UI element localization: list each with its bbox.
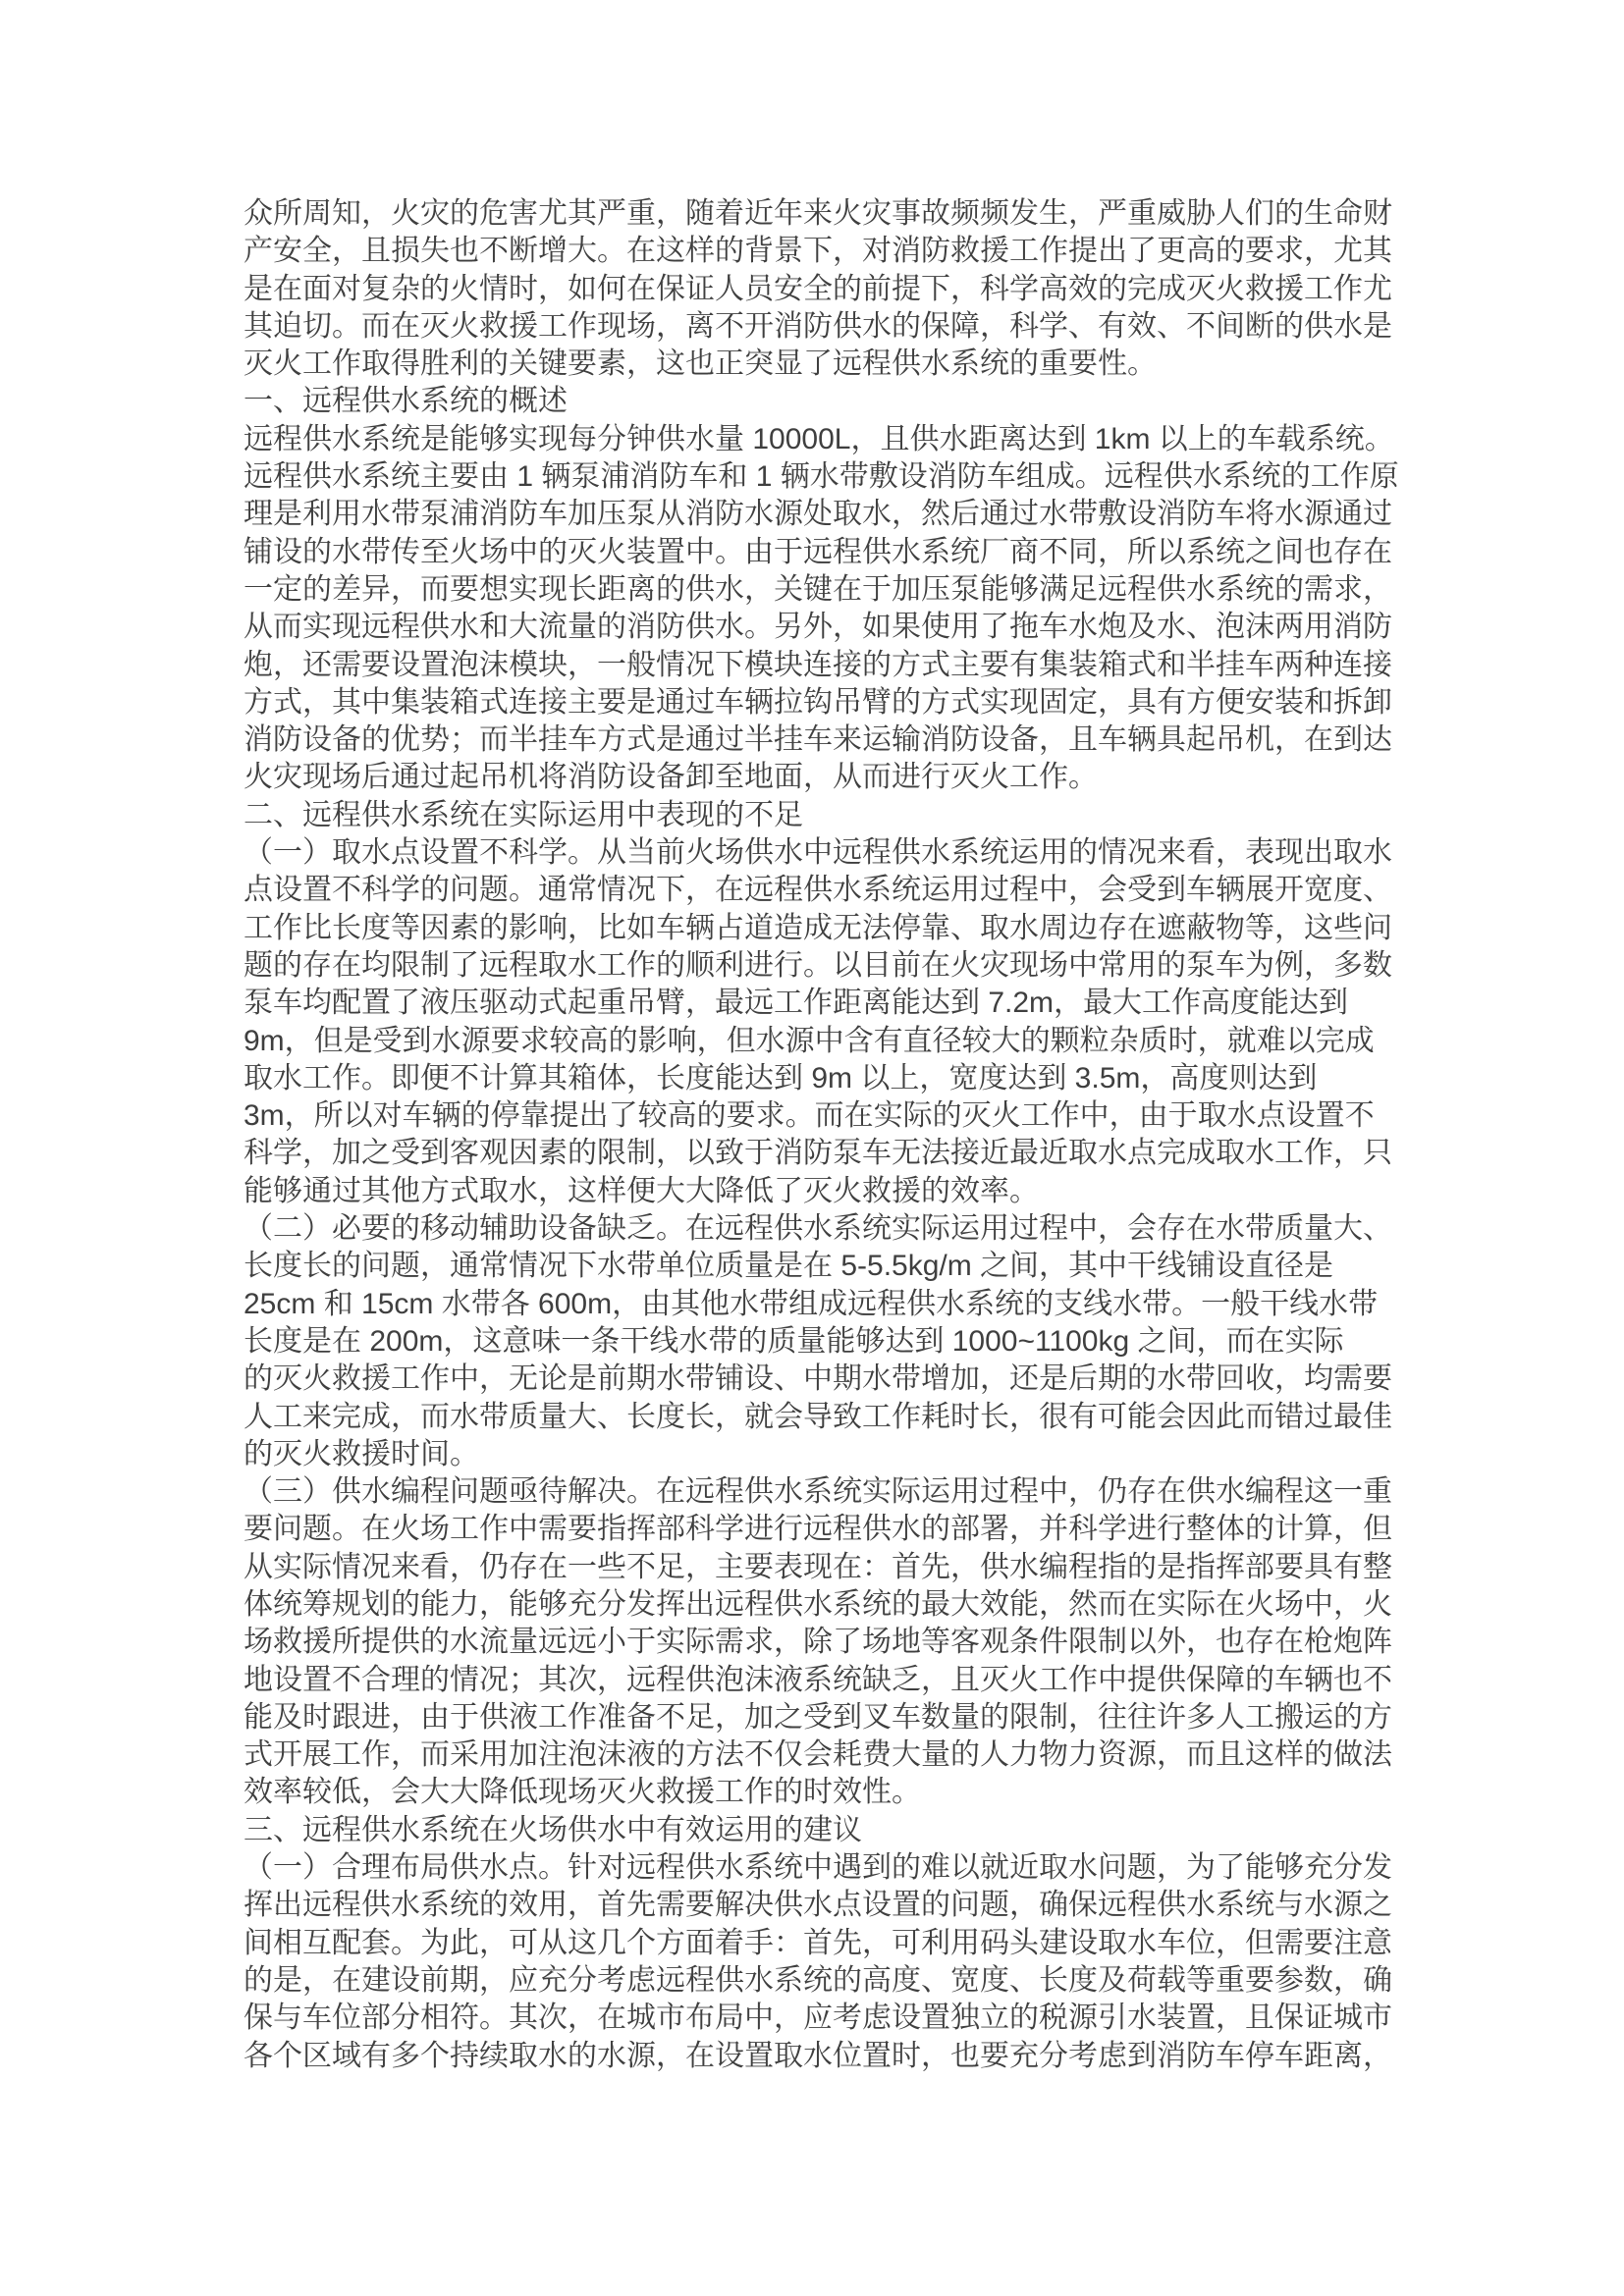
text-line: 体统筹规划的能力，能够充分发挥出远程供水系统的最大效能，然而在实际在火场中，火 (244, 1586, 1373, 1624)
text-line: （二）必要的移动辅助设备缺乏。在远程供水系统实际运用过程中，会存在水带质量大、 (244, 1210, 1373, 1248)
text-content: 众所周知，火灾的危害尤其严重，随着近年来火灾事故频频发生，严重威胁人们的生命财产… (244, 195, 1373, 2075)
section-1-body: 远程供水系统是能够实现每分钟供水量 10000L，且供水距离达到 1km 以上的… (244, 421, 1373, 797)
text-line: 的灭火救援时间。 (244, 1436, 1373, 1473)
text-line: 其迫切。而在灭火救援工作现场，离不开消防供水的保障，科学、有效、不间断的供水是 (244, 308, 1373, 346)
section-3-heading: 三、远程供水系统在火场供水中有效运用的建议 (244, 1812, 1373, 1849)
text-line: 炮，还需要设置泡沫模块，一般情况下模块连接的方式主要有集装箱式和半挂车两种连接 (244, 647, 1373, 684)
text-line: 二、远程供水系统在实际运用中表现的不足 (244, 797, 1373, 834)
text-line: 一、远程供水系统的概述 (244, 383, 1373, 420)
text-line: 效率较低，会大大降低现场灭火救援工作的时效性。 (244, 1774, 1373, 1811)
text-line: （三）供水编程问题亟待解决。在远程供水系统实际运用过程中，仍存在供水编程这一重 (244, 1473, 1373, 1511)
text-line: 取水工作。即便不计算其箱体，长度能达到 9m 以上，宽度达到 3.5m，高度则达… (244, 1060, 1373, 1097)
text-line: 要问题。在火场工作中需要指挥部科学进行远程供水的部署，并科学进行整体的计算，但 (244, 1511, 1373, 1548)
text-line: 铺设的水带传至火场中的灭火装置中。由于远程供水系统厂商不同，所以系统之间也存在 (244, 534, 1373, 571)
text-line: 消防设备的优势；而半挂车方式是通过半挂车来运输消防设备，且车辆具起吊机，在到达 (244, 721, 1373, 759)
text-line: 点设置不科学的问题。通常情况下，在远程供水系统运用过程中，会受到车辆展开宽度、 (244, 872, 1373, 909)
text-line: 方式，其中集装箱式连接主要是通过车辆拉钩吊臂的方式实现固定，具有方便安装和拆卸 (244, 684, 1373, 721)
text-line: 灭火工作取得胜利的关键要素，这也正突显了远程供水系统的重要性。 (244, 346, 1373, 383)
text-line: 题的存在均限制了远程取水工作的顺利进行。以目前在火灾现场中常用的泵车为例，多数 (244, 947, 1373, 985)
text-line: 产安全，且损失也不断增大。在这样的背景下，对消防救援工作提出了更高的要求，尤其 (244, 233, 1373, 270)
text-line: 间相互配套。为此，可从这几个方面着手：首先，可利用码头建设取水车位，但需要注意 (244, 1925, 1373, 1962)
text-line: 的是，在建设前期，应充分考虑远程供水系统的高度、宽度、长度及荷载等重要参数，确 (244, 1962, 1373, 2000)
text-line: 能及时跟进，由于供液工作准备不足，加之受到叉车数量的限制，往往许多人工搬运的方 (244, 1699, 1373, 1736)
text-line: 各个区域有多个持续取水的水源，在设置取水位置时，也要充分考虑到消防车停车距离， (244, 2038, 1373, 2075)
text-line: 泵车均配置了液压驱动式起重吊臂，最远工作距离能达到 7.2m，最大工作高度能达到 (244, 985, 1373, 1022)
text-line: 科学，加之受到客观因素的限制，以致于消防泵车无法接近最近取水点完成取水工作，只 (244, 1135, 1373, 1172)
section-2-heading: 二、远程供水系统在实际运用中表现的不足 (244, 797, 1373, 834)
text-line: 远程供水系统主要由 1 辆泵浦消防车和 1 辆水带敷设消防车组成。远程供水系统的… (244, 458, 1373, 496)
section-2-item-2: （二）必要的移动辅助设备缺乏。在远程供水系统实际运用过程中，会存在水带质量大、长… (244, 1210, 1373, 1473)
text-line: 式开展工作，而采用加注泡沫液的方法不仅会耗费大量的人力物力资源，而且这样的做法 (244, 1736, 1373, 1774)
section-2-item-3: （三）供水编程问题亟待解决。在远程供水系统实际运用过程中，仍存在供水编程这一重要… (244, 1473, 1373, 1812)
text-line: 能够通过其他方式取水，这样便大大降低了灭火救援的效率。 (244, 1173, 1373, 1210)
text-line: 火灾现场后通过起吊机将消防设备卸至地面，从而进行灭火工作。 (244, 759, 1373, 796)
text-line: 长度长的问题，通常情况下水带单位质量是在 5-5.5kg/m 之间，其中干线铺设… (244, 1248, 1373, 1285)
text-line: 9m，但是受到水源要求较高的影响，但水源中含有直径较大的颗粒杂质时，就难以完成 (244, 1023, 1373, 1060)
text-line: 一定的差异，而要想实现长距离的供水，关键在于加压泵能够满足远程供水系统的需求， (244, 571, 1373, 609)
text-line: 从而实现远程供水和大流量的消防供水。另外，如果使用了拖车水炮及水、泡沫两用消防 (244, 609, 1373, 646)
text-line: 三、远程供水系统在火场供水中有效运用的建议 (244, 1812, 1373, 1849)
document-page: 众所周知，火灾的危害尤其严重，随着近年来火灾事故频频发生，严重威胁人们的生命财产… (0, 0, 1624, 2296)
text-line: 理是利用水带泵浦消防车加压泵从消防水源处取水，然后通过水带敷设消防车将水源通过 (244, 496, 1373, 533)
text-line: 地设置不合理的情况；其次，远程供泡沫液系统缺乏，且灭火工作中提供保障的车辆也不 (244, 1662, 1373, 1699)
text-line: 人工来完成，而水带质量大、长度长，就会导致工作耗时长，很有可能会因此而错过最佳 (244, 1399, 1373, 1436)
text-line: （一）合理布局供水点。针对远程供水系统中遇到的难以就近取水问题，为了能够充分发 (244, 1849, 1373, 1887)
text-line: 场救援所提供的水流量远远小于实际需求，除了场地等客观条件限制以外，也存在枪炮阵 (244, 1624, 1373, 1661)
text-line: 众所周知，火灾的危害尤其严重，随着近年来火灾事故频频发生，严重威胁人们的生命财 (244, 195, 1373, 233)
section-3-item-1: （一）合理布局供水点。针对远程供水系统中遇到的难以就近取水问题，为了能够充分发挥… (244, 1849, 1373, 2075)
text-line: 远程供水系统是能够实现每分钟供水量 10000L，且供水距离达到 1km 以上的… (244, 421, 1373, 458)
text-line: 的灭火救援工作中，无论是前期水带铺设、中期水带增加，还是后期的水带回收，均需要 (244, 1361, 1373, 1398)
text-line: 3m，所以对车辆的停靠提出了较高的要求。而在实际的灭火工作中，由于取水点设置不 (244, 1097, 1373, 1135)
text-line: 25cm 和 15cm 水带各 600m，由其他水带组成远程供水系统的支线水带。… (244, 1286, 1373, 1323)
text-line: 挥出远程供水系统的效用，首先需要解决供水点设置的问题，确保远程供水系统与水源之 (244, 1887, 1373, 1924)
intro-paragraph: 众所周知，火灾的危害尤其严重，随着近年来火灾事故频频发生，严重威胁人们的生命财产… (244, 195, 1373, 383)
text-line: （一）取水点设置不科学。从当前火场供水中远程供水系统运用的情况来看，表现出取水 (244, 834, 1373, 872)
section-2-item-1: （一）取水点设置不科学。从当前火场供水中远程供水系统运用的情况来看，表现出取水点… (244, 834, 1373, 1210)
text-line: 工作比长度等因素的影响，比如车辆占道造成无法停靠、取水周边存在遮蔽物等，这些问 (244, 910, 1373, 947)
text-line: 从实际情况来看，仍存在一些不足，主要表现在：首先，供水编程指的是指挥部要具有整 (244, 1549, 1373, 1586)
text-line: 是在面对复杂的火情时，如何在保证人员安全的前提下，科学高效的完成灭火救援工作尤 (244, 271, 1373, 308)
text-line: 长度是在 200m，这意味一条干线水带的质量能够达到 1000~1100kg 之… (244, 1323, 1373, 1361)
section-1-heading: 一、远程供水系统的概述 (244, 383, 1373, 420)
text-line: 保与车位部分相符。其次，在城市布局中，应考虑设置独立的税源引水装置，且保证城市 (244, 2000, 1373, 2037)
